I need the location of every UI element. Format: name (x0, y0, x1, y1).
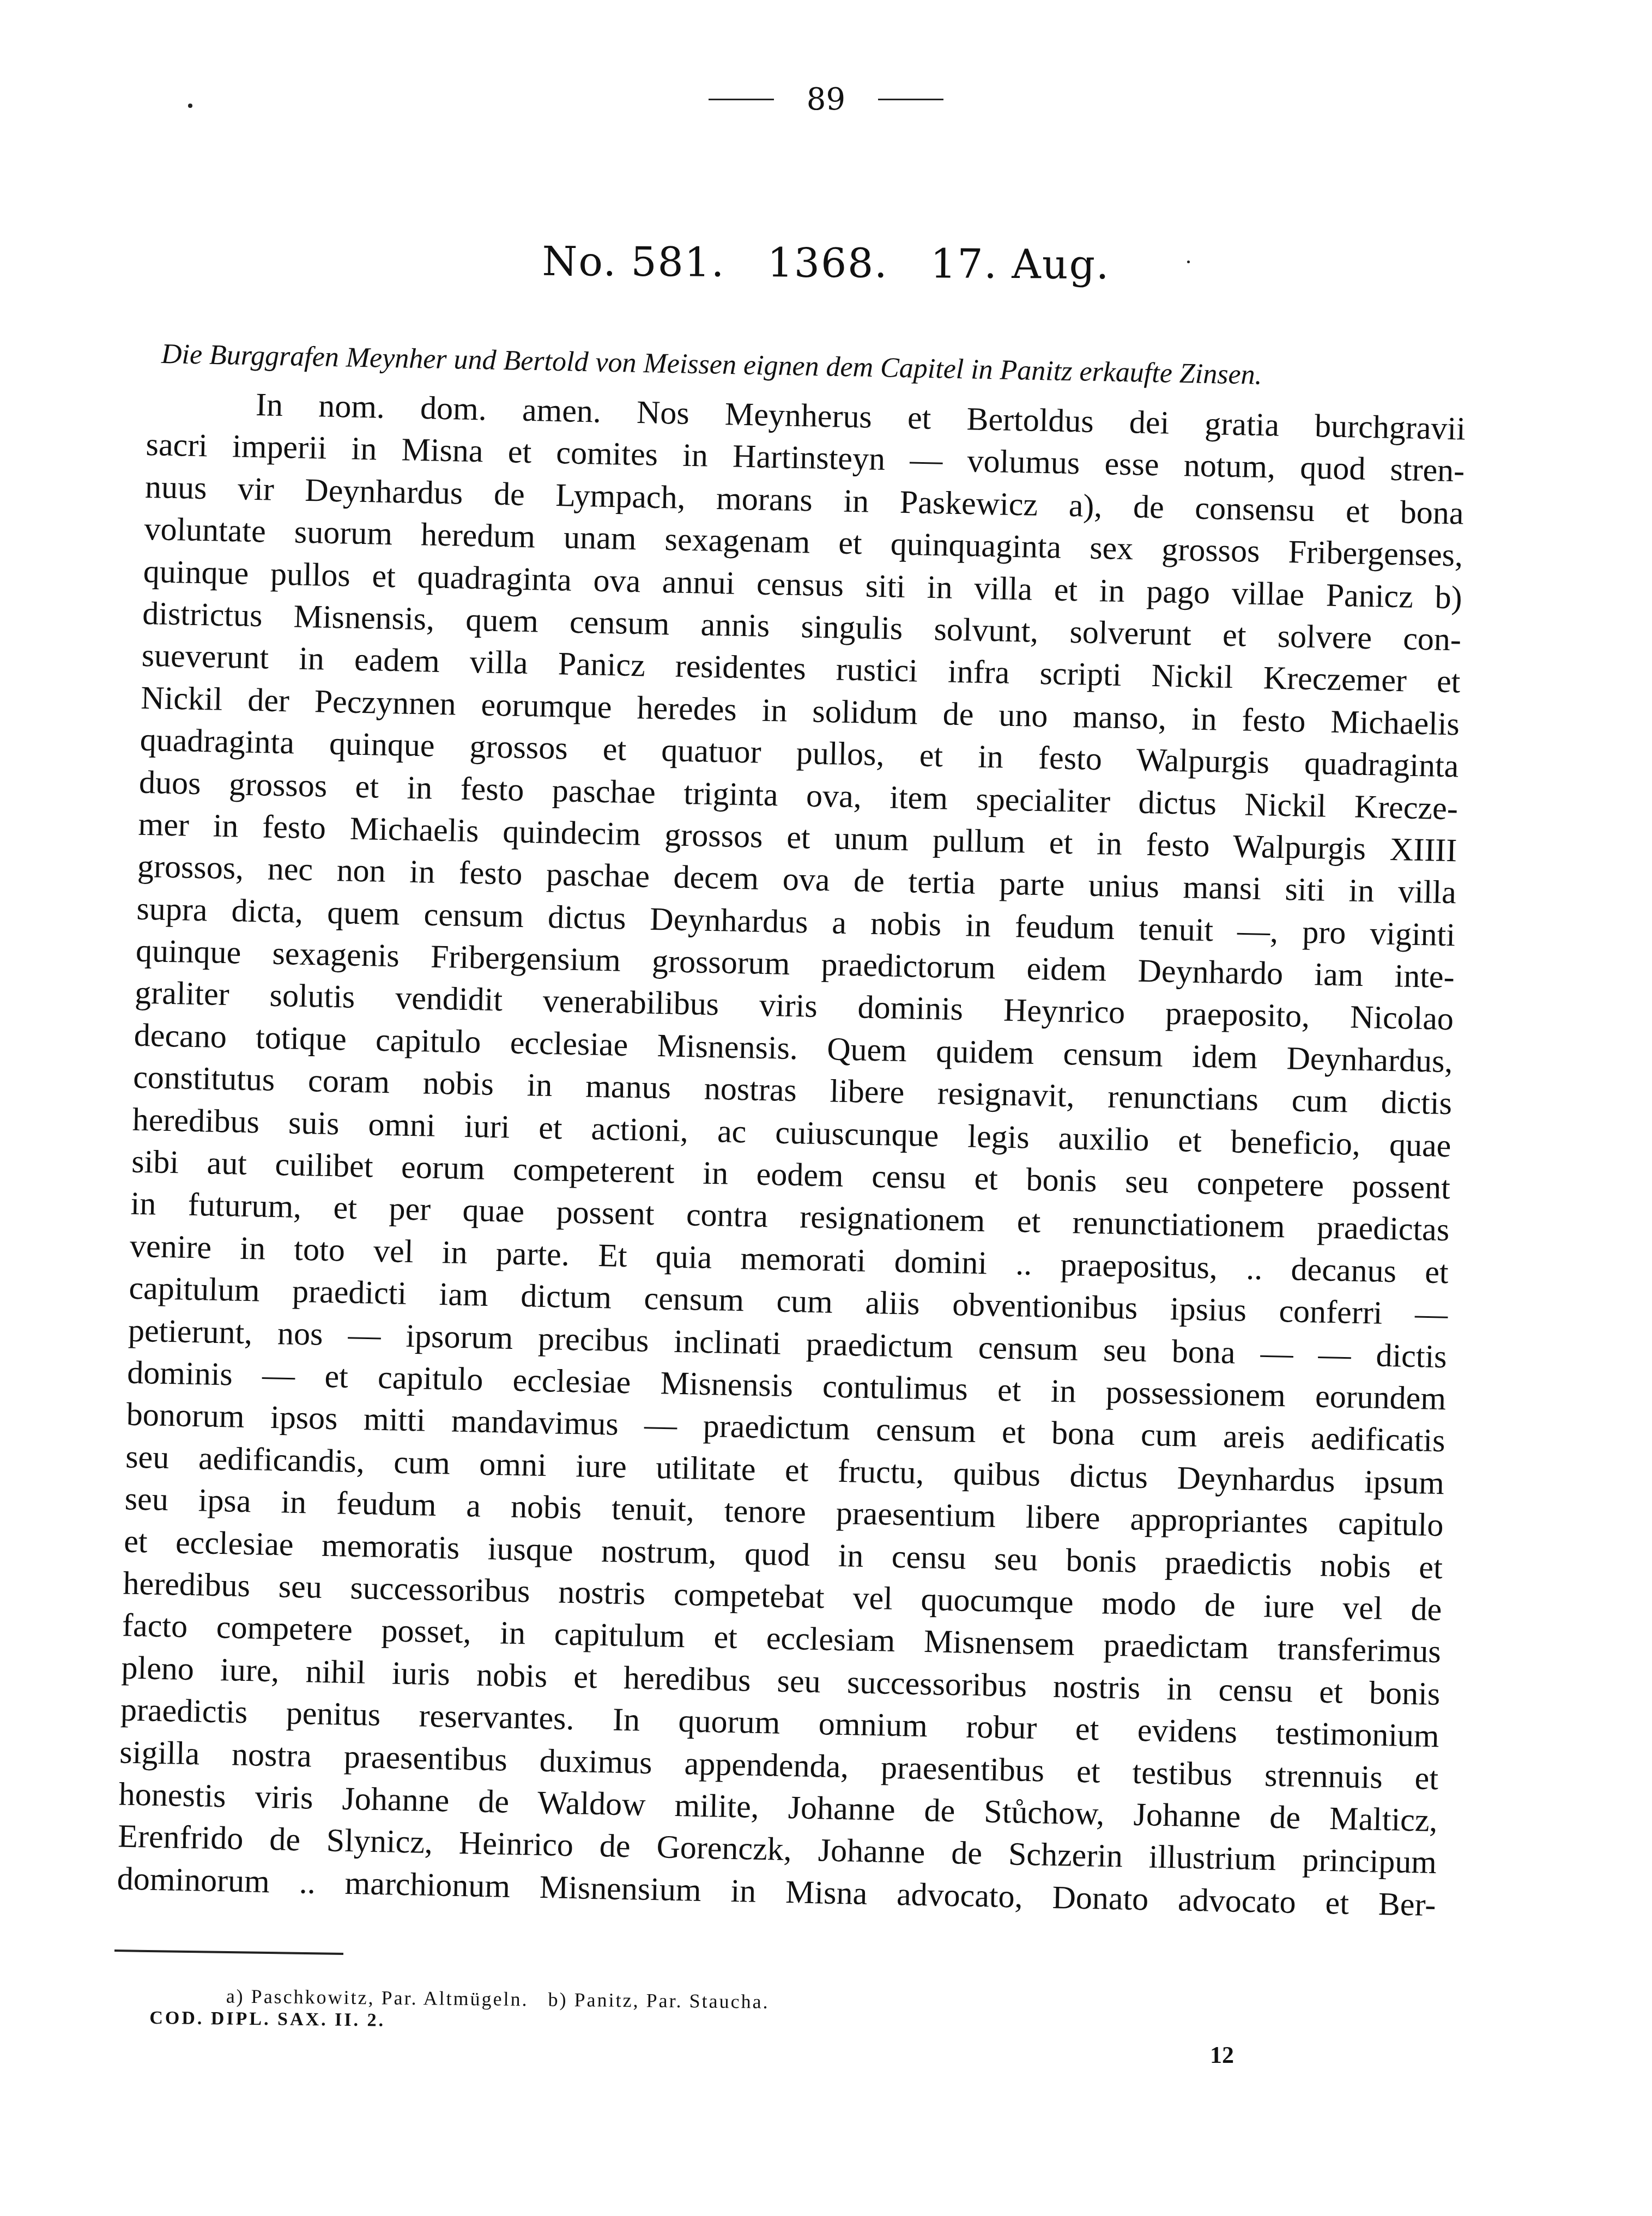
footnote-b: b) Panitz, Par. Staucha. (548, 1989, 769, 2013)
footnote-a: a) Paschkowitz, Par. Altmügeln. (226, 1985, 529, 2010)
page-header: 89 (0, 82, 1652, 117)
document-number: No. 581. (542, 238, 725, 286)
document-year: 1368. (767, 239, 888, 287)
footnote-divider (114, 1949, 343, 1955)
sheet-signature-number: 12 (1210, 2041, 1234, 2069)
header-rule-left (709, 99, 774, 100)
print-speck (188, 104, 192, 108)
header-rule-right (878, 99, 943, 100)
page-number: 89 (807, 82, 845, 117)
footnotes: a) Paschkowitz, Par. Altmügeln. b) Panit… (149, 1984, 770, 2035)
document-date: 17. Aug. (930, 240, 1110, 288)
charter-text: In nom. dom. amen. Nos Meynherus et Bert… (117, 382, 1466, 1926)
document-heading: No. 581. 1368. 17. Aug. (0, 235, 1652, 292)
